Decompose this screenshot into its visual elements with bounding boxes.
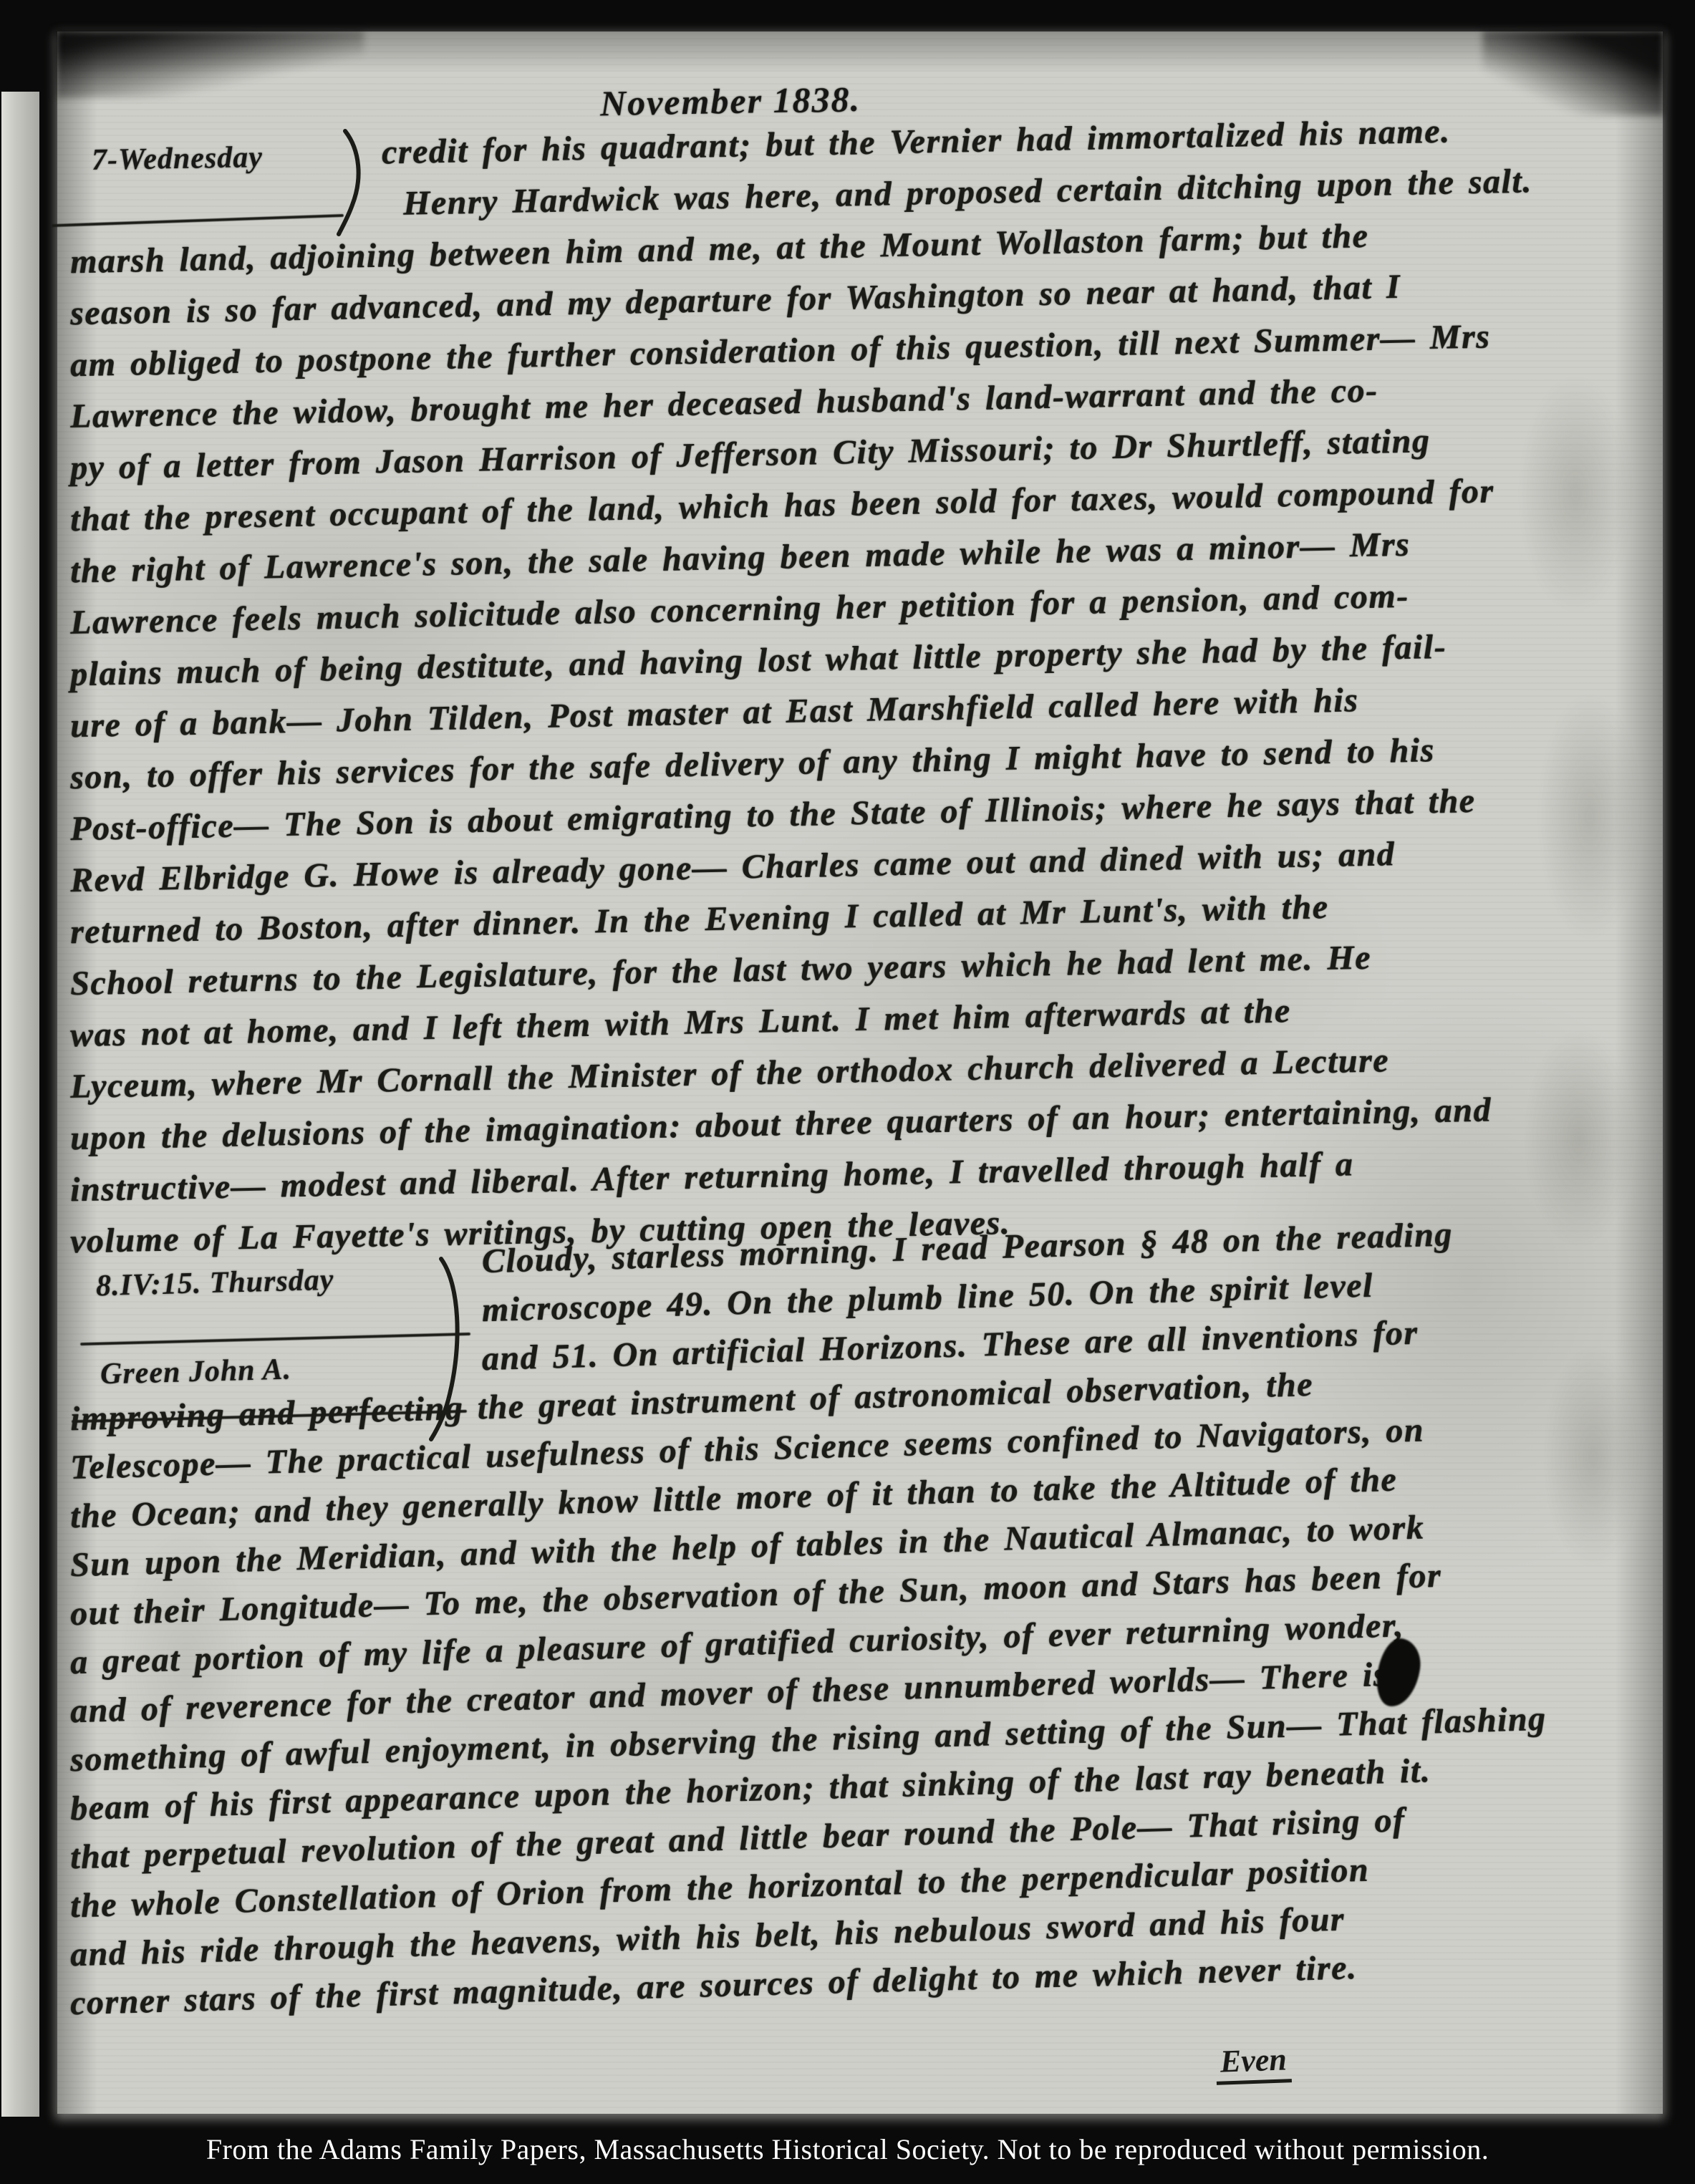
scanned-manuscript-page: November 1838. 7-Wednesday credit for hi… xyxy=(0,0,1695,2184)
attribution-text: From the Adams Family Papers, Massachuse… xyxy=(206,2132,1489,2166)
page-header-month-year: November 1838. xyxy=(600,78,861,124)
entry1-text-block: credit for his quadrant; but the Vernier… xyxy=(70,133,1667,1267)
attribution-band: From the Adams Family Papers, Massachuse… xyxy=(0,2114,1695,2184)
facing-page-edge xyxy=(1,92,39,2117)
entry2-text-block: Cloudy, starless morning. I read Pearson… xyxy=(70,1249,1667,2028)
catchword: Even xyxy=(1215,2041,1292,2085)
